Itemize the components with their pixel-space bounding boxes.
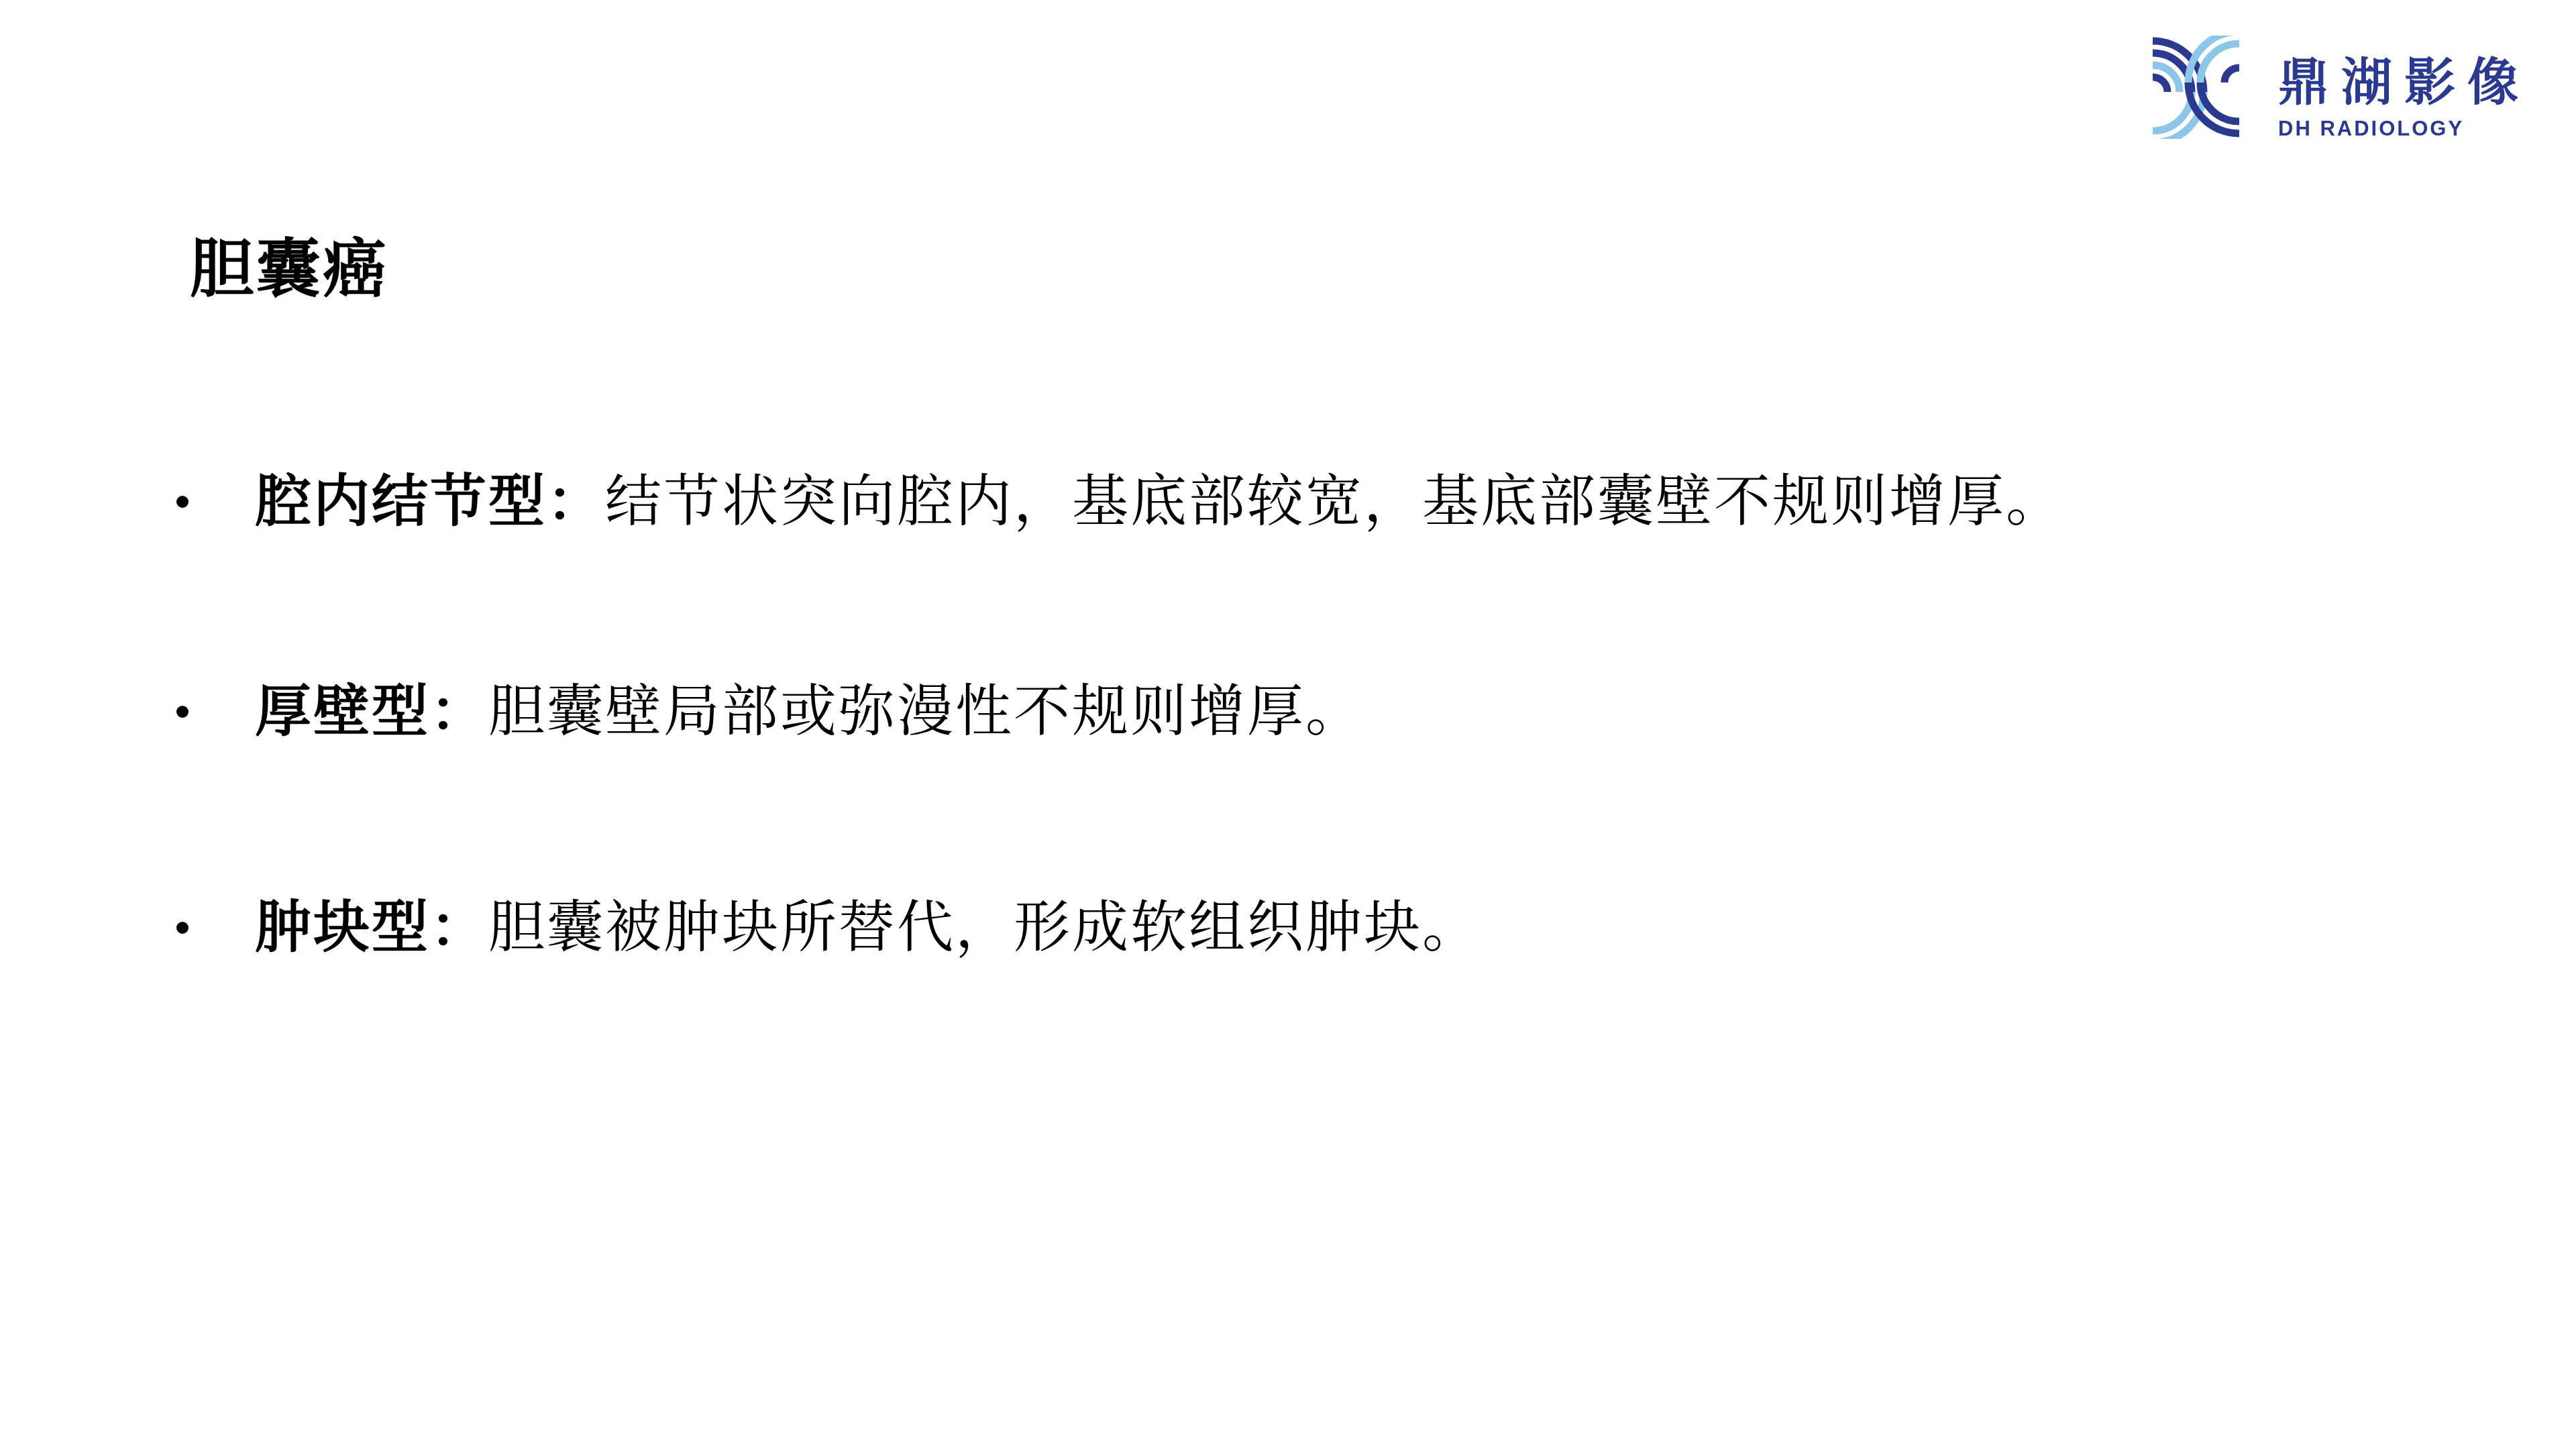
dh-radiology-logo: 鼎湖影像 DH RADIOLOGY <box>2150 36 2530 139</box>
bullet-body: 结节状突向腔内，基底部较宽，基底部囊壁不规则增厚。 <box>605 470 2064 533</box>
logo-name-zh: 鼎湖影像 <box>2278 58 2530 109</box>
bullet-body: 胆囊壁局部或弥漫性不规则增厚。 <box>488 680 1364 743</box>
bullet-dot-icon <box>176 706 189 718</box>
list-item: 肿块型：胆囊被肿块所替代，形成软组织肿块。 <box>176 892 2455 963</box>
page-title: 胆囊癌 <box>190 237 389 304</box>
bullet-text: 肿块型：胆囊被肿块所替代，形成软组织肿块。 <box>255 892 1481 963</box>
bullet-label: 腔内结节型： <box>255 470 605 533</box>
bullet-text: 厚壁型：胆囊壁局部或弥漫性不规则增厚。 <box>255 676 1364 747</box>
bullet-label: 厚壁型： <box>255 680 488 743</box>
bullet-dot-icon <box>176 922 189 934</box>
bullet-text: 腔内结节型：结节状突向腔内，基底部较宽，基底部囊壁不规则增厚。 <box>255 466 2064 537</box>
list-item: 厚壁型：胆囊壁局部或弥漫性不规则增厚。 <box>176 676 2455 747</box>
logo-name-en: DH RADIOLOGY <box>2278 118 2530 139</box>
bullet-label: 肿块型： <box>255 896 488 959</box>
logo-text-block: 鼎湖影像 DH RADIOLOGY <box>2278 58 2530 139</box>
bullet-body: 胆囊被肿块所替代，形成软组织肿块。 <box>488 896 1481 959</box>
bullet-dot-icon <box>176 496 189 508</box>
presentation-slide: 胆囊癌 腔内结节型：结节状突向腔内，基底部较宽，基底部囊壁不规则增厚。 厚壁型：… <box>0 0 2576 1449</box>
list-item: 腔内结节型：结节状突向腔内，基底部较宽，基底部囊壁不规则增厚。 <box>176 466 2455 537</box>
wave-arcs-logo-icon <box>2150 36 2242 139</box>
